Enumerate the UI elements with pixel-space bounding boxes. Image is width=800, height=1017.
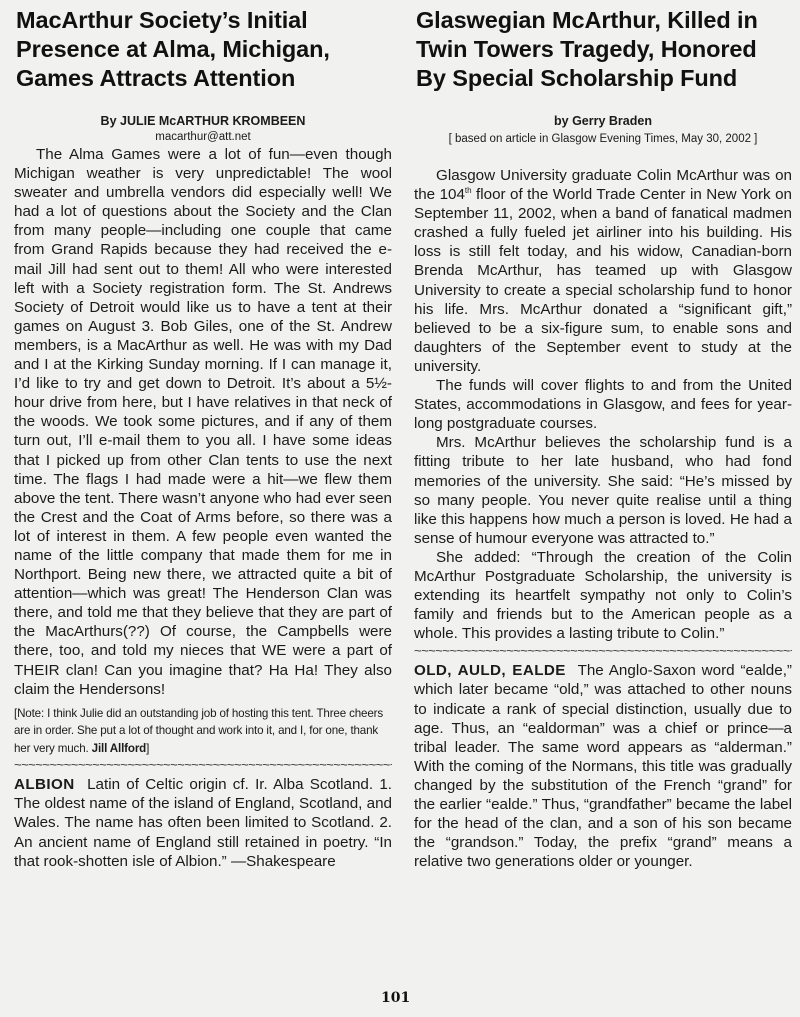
glossary-paragraph: ALBION Latin of Celtic origin cf. Ir. Al… <box>14 775 392 870</box>
left-column: MacArthur Society’s Initial Presence at … <box>14 6 392 871</box>
newsletter-page: MacArthur Society’s Initial Presence at … <box>0 0 800 1017</box>
glossary-paragraph: OLD, AULD, EALDE The Anglo-Saxon word “e… <box>414 661 792 871</box>
editor-note-close: ] <box>146 742 149 755</box>
editor-note-signature: Jill Allford <box>92 742 146 755</box>
page-number: 101 <box>381 990 410 1006</box>
paragraph-text: floor of the World Trade Center in New Y… <box>414 186 792 375</box>
editor-note-text: [Note: I think Julie did an outstanding … <box>14 707 383 755</box>
article-paragraph: The Alma Games were a lot of fun—even th… <box>14 145 392 699</box>
article-paragraph-3: Mrs. McArthur believes the scholarship f… <box>414 433 792 548</box>
tilde-separator: ~~~~~~~~~~~~~~~~~~~~~~~~~~~~~~~~~~~~~~~~… <box>14 759 392 771</box>
article-source-note: [ based on article in Glasgow Evening Ti… <box>414 132 792 147</box>
glossary-entry-albion: ALBION Latin of Celtic origin cf. Ir. Al… <box>14 775 392 870</box>
article-headline-scholarship: Glaswegian McArthur, Killed in Twin Towe… <box>416 6 792 93</box>
article-body: Glasgow University graduate Colin McArth… <box>414 166 792 643</box>
glossary-term: OLD, AULD, EALDE <box>414 662 566 679</box>
article-paragraph-2: The funds will cover flights to and from… <box>414 376 792 433</box>
tilde-separator: ~~~~~~~~~~~~~~~~~~~~~~~~~~~~~~~~~~~~~~~~… <box>414 645 792 657</box>
glossary-term: ALBION <box>14 776 75 793</box>
article-byline: By JULIE McARTHUR KROMBEEN <box>14 113 392 130</box>
article-paragraph-4: She added: “Through the creation of the … <box>414 548 792 643</box>
article-byline: by Gerry Braden <box>414 113 792 130</box>
article-body: The Alma Games were a lot of fun—even th… <box>14 145 392 699</box>
author-email: macarthur@att.net <box>14 130 392 145</box>
glossary-entry-old-auld-ealde: OLD, AULD, EALDE The Anglo-Saxon word “e… <box>414 661 792 871</box>
editor-note: [Note: I think Julie did an outstanding … <box>14 705 392 758</box>
article-headline-alma-games: MacArthur Society’s Initial Presence at … <box>16 6 392 93</box>
article-paragraph-1: Glasgow University graduate Colin McArth… <box>414 166 792 376</box>
glossary-definition: The Anglo-Saxon word “ealde,” which late… <box>414 662 792 870</box>
right-column: Glaswegian McArthur, Killed in Twin Towe… <box>414 6 792 871</box>
ordinal-suffix: th <box>465 186 472 195</box>
